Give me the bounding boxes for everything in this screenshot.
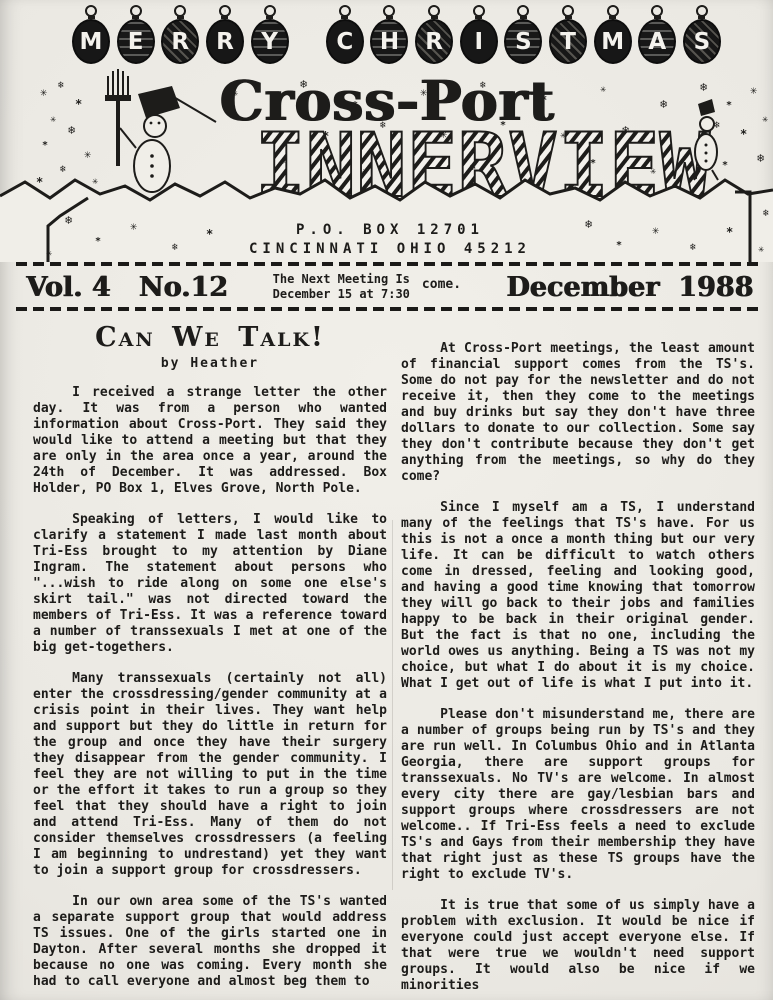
ornament-letter: R <box>415 19 453 64</box>
article-paragraph: At Cross-Port meetings, the least amount… <box>401 341 755 485</box>
snowflake-icon: * <box>36 175 43 189</box>
christmas-ornament-icon: T <box>549 5 587 64</box>
christmas-ornament-icon: R <box>206 5 244 64</box>
article-paragraph: I received a strange letter the other da… <box>33 385 387 497</box>
newsletter-title: Cross-Port <box>0 68 773 133</box>
christmas-ornament-icon: H <box>370 5 408 64</box>
ornament-letter: T <box>549 19 587 64</box>
address-line-1: P.O. BOX 12701 <box>296 222 484 238</box>
snowflake-icon: ❄ <box>585 217 592 231</box>
byline: by Heather <box>33 356 387 371</box>
ornament-letter: M <box>72 19 110 64</box>
article-paragraph: Please don't misunderstand me, there are… <box>401 707 755 883</box>
snowflake-icon: ✳ <box>650 166 656 177</box>
article-paragraph: Since I myself am a TS, I understand man… <box>401 500 755 692</box>
right-column: At Cross-Port meetings, the least amount… <box>401 320 755 994</box>
dashed-divider-bottom <box>16 307 761 311</box>
snowflake-icon: ✳ <box>362 166 368 177</box>
snowflake-icon: * <box>280 158 286 169</box>
ornament-letter: S <box>504 19 542 64</box>
snowflake-icon: ❄ <box>470 162 477 173</box>
ornament-letter: E <box>117 19 155 64</box>
page-title: Can We Talk! <box>33 322 387 353</box>
snowflake-icon: ❄ <box>60 164 67 175</box>
snowflake-icon: * <box>590 158 596 169</box>
dashed-divider-top <box>16 262 761 266</box>
snowflake-icon: * <box>726 225 733 239</box>
christmas-ornament-icon: R <box>415 5 453 64</box>
volume-number: Vol. 4 No.12 <box>26 272 228 303</box>
christmas-ornament-icon: I <box>460 5 498 64</box>
ornament-letter: C <box>326 19 364 64</box>
snowflake-icon: * <box>206 227 213 241</box>
snowflake-icon: ✳ <box>46 248 52 259</box>
christmas-ornament-icon: S <box>683 5 721 64</box>
snowflake-icon: ❄ <box>690 242 697 253</box>
snowflake-icon: ❄ <box>757 151 764 165</box>
ornament-letter: M <box>594 19 632 64</box>
snowflake-icon: ❄ <box>763 208 770 219</box>
article-paragraph: Many transsexuals (certainly not all) en… <box>33 671 387 879</box>
meeting-line-2: December 15 at 7:30 <box>273 287 410 302</box>
christmas-ornament-icon: M <box>594 5 632 64</box>
snowflake-icon: * <box>95 236 101 247</box>
article-body: Can We Talk! by Heather I received a str… <box>33 320 755 994</box>
christmas-ornament-icon: Y <box>251 5 289 64</box>
snowflake-icon: ✳ <box>92 176 98 187</box>
newsletter-page: MERRYCHRISTMAS Cross-Port INNERVIEW <box>0 0 773 1000</box>
address-line-2: CINCINNATI OHIO 45212 <box>249 241 531 257</box>
article-paragraph: In our own area some of the TS's wanted … <box>33 894 387 990</box>
article-paragraph: It is true that some of us simply have a… <box>401 898 755 994</box>
snowflake-icon: ✳ <box>84 147 91 161</box>
masthead: Vol. 4 No.12 The Next Meeting Is Decembe… <box>26 268 753 306</box>
ornament-letter: A <box>638 19 676 64</box>
issue-date: December 1988 <box>506 272 753 303</box>
snowflake-icon: ❄ <box>172 242 179 253</box>
merry-christmas-ornaments: MERRYCHRISTMAS <box>72 6 721 64</box>
ornament-letter: Y <box>251 19 289 64</box>
come-label: come. <box>422 277 461 292</box>
snowflake-icon: ✳ <box>130 219 137 233</box>
ornament-letter: S <box>683 19 721 64</box>
snowflake-icon: * <box>42 140 48 151</box>
christmas-ornament-icon: S <box>504 5 542 64</box>
christmas-ornament-icon: R <box>161 5 199 64</box>
christmas-ornament-icon: C <box>326 5 364 64</box>
ornament-letter: R <box>206 19 244 64</box>
snowflake-icon: ❄ <box>65 213 72 227</box>
christmas-ornament-icon: A <box>638 5 676 64</box>
meeting-line-1: The Next Meeting Is <box>273 272 410 287</box>
left-column: Can We Talk! by Heather I received a str… <box>33 320 387 994</box>
ornament-letter: I <box>460 19 498 64</box>
christmas-ornament-icon: E <box>117 5 155 64</box>
snowflake-icon: ✳ <box>652 223 659 237</box>
article-paragraph: Speaking of letters, I would like to cla… <box>33 512 387 656</box>
snowflake-icon: ✳ <box>758 244 764 255</box>
meeting-notice: The Next Meeting Is December 15 at 7:30 … <box>273 272 461 302</box>
christmas-ornament-icon: M <box>72 5 110 64</box>
ornament-letter: H <box>370 19 408 64</box>
snowflake-icon: * <box>616 240 622 251</box>
snowflake-icon: * <box>722 160 728 171</box>
ornament-letter: R <box>161 19 199 64</box>
